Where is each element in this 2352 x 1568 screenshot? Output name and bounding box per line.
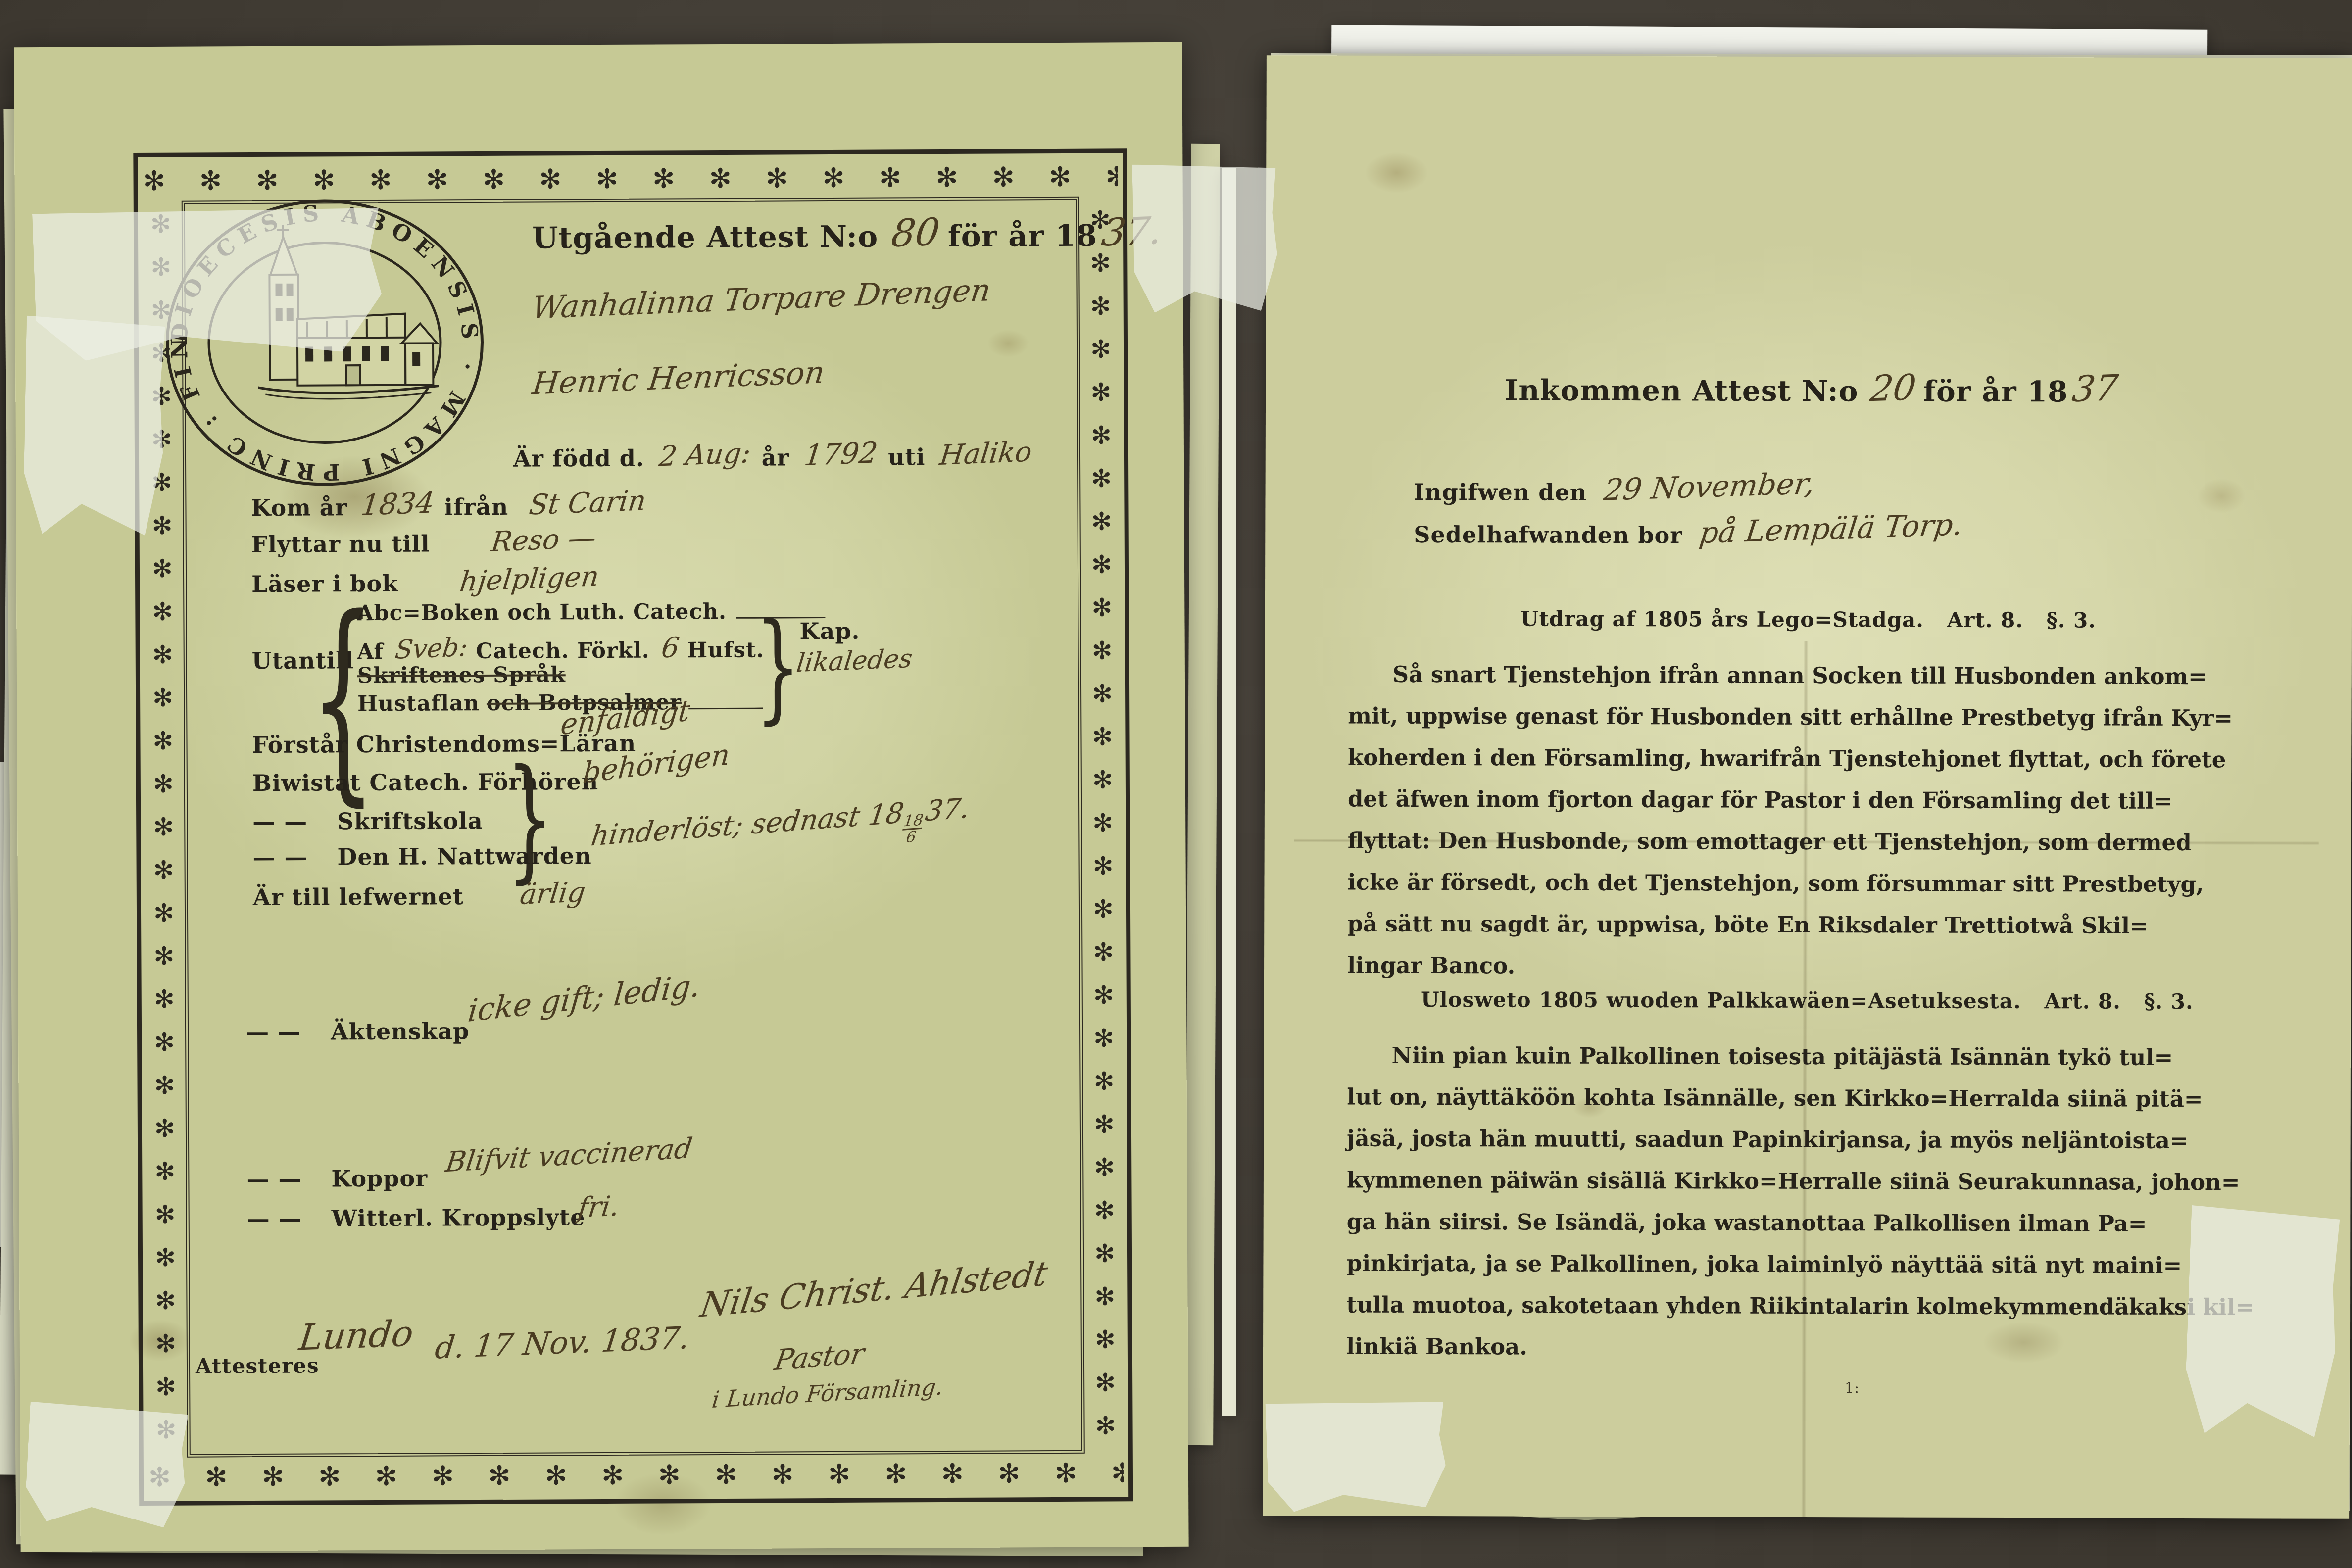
born-label3: uti [888, 443, 925, 470]
sedel-value: på Lempälä Torp. [1697, 507, 1964, 550]
archive-photo: ✻ ✻ ✻ ✻ ✻ ✻ ✻ ✻ ✻ ✻ ✻ ✻ ✻ ✻ ✻ ✻ ✻ ✻ ✻ ✻ … [0, 0, 2352, 1568]
skriftskola-label: Skriftskola [337, 807, 483, 834]
statute-heading-finnish: Ulosweto 1805 wuoden Palkkawäen=Asetukse… [1264, 987, 2351, 1014]
utantill-item2-hw2: 6 [660, 632, 681, 665]
born-place: Haliko [938, 436, 1034, 472]
utantill-item3: Skriftenes Språk [357, 662, 566, 688]
laser-row: Läser i bok hjelpligen [251, 565, 597, 599]
ingifwen-label: Ingifwen den [1414, 479, 1587, 506]
biwistat-brace: } [506, 740, 554, 896]
tape-patch [23, 316, 165, 536]
statute-paragraph-finnish: Niin pian kuin Palkollinen toisesta pitä… [1346, 1035, 2278, 1370]
statute-paragraph-swedish: Så snart Tjenstehjon ifrån annan Socken … [1347, 654, 2279, 989]
answer-line [688, 700, 763, 710]
nattward-row: — — Den H. Nattwarden [252, 842, 591, 871]
sedel-row: Sedelhafwanden bor på Lempälä Torp. [1414, 515, 1960, 551]
tape-patch [1265, 1398, 1447, 1513]
under-sheet [1222, 168, 1236, 1416]
ditto-dashes: — — [246, 1019, 301, 1045]
koppor-label: Koppor [331, 1165, 428, 1192]
right-title-prefix: Inkommen Attest N:o [1505, 373, 1859, 408]
kap-value: likaledes [795, 644, 914, 679]
ditto-dashes: — — [247, 1205, 302, 1232]
utantill-item2-hw1: Sveb: [393, 633, 470, 665]
border-ornament-bottom: ✻ ✻ ✻ ✻ ✻ ✻ ✻ ✻ ✻ ✻ ✻ ✻ ✻ ✻ ✻ ✻ ✻ ✻ ✻ ✻ … [148, 1451, 1124, 1499]
aktenskap-row: — — Äktenskap [246, 1018, 470, 1045]
right-title: Inkommen Attest N:o 20 för år 18 37 [1340, 367, 2280, 411]
kom-label1: Kom år [251, 494, 347, 521]
left-title-mid: för år 18 [948, 219, 1098, 254]
born-year: 1792 [802, 436, 880, 472]
left-title: Utgående Attest N:o 80 för år 18 37. [532, 210, 1159, 257]
utantill-item4-pre: Hustaflan [357, 691, 480, 716]
nattward-label: Den H. Nattwarden [337, 842, 591, 870]
right-title-number: 20 [1868, 366, 1918, 409]
right-title-mid: för år 18 [1923, 375, 2068, 409]
ingifwen-value: 29 November, [1602, 466, 1816, 508]
lefwernet-row: Är till lefwernet ärlig [253, 879, 584, 912]
utantill-item2-mid: Catech. Förkl. [476, 638, 650, 664]
tape-patch [1132, 162, 1278, 313]
tape-patch [24, 1402, 189, 1528]
born-row: Är född d. 2 Aug: år 1792 uti Haliko [513, 438, 1030, 474]
statute-heading-swedish: Utdrag af 1805 års Lego=Stadga. Art. 8. … [1265, 606, 2352, 633]
kroppslyte-label: Witterl. Kroppslyte [332, 1204, 586, 1231]
nattward-date-fraction: 186 [900, 812, 924, 846]
kroppslyte-row: — — Witterl. Kroppslyte [247, 1204, 586, 1232]
born-day: 2 Aug: [657, 437, 752, 473]
kroppslyte-value: fri. [576, 1190, 621, 1225]
aktenskap-label: Äktenskap [331, 1018, 469, 1045]
border-ornament-right: ✻ ✻ ✻ ✻ ✻ ✻ ✻ ✻ ✻ ✻ ✻ ✻ ✻ ✻ ✻ ✻ ✻ ✻ ✻ ✻ … [1078, 198, 1127, 1451]
nattward-value-post: 37. [923, 792, 972, 828]
utantill-item2-pre: Af [357, 639, 384, 664]
left-title-prefix: Utgående Attest N:o [532, 220, 878, 256]
footnote-mark: 1: [1845, 1379, 1859, 1397]
kom-row: Kom år 1834 ifrån St Carin [251, 488, 644, 523]
under-sheet [1184, 144, 1220, 1445]
flyttar-row: Flyttar nu till Reso — [251, 526, 594, 559]
lefwernet-value: ärlig [518, 876, 587, 911]
born-label2: år [761, 444, 789, 471]
laser-value: hjelpligen [458, 560, 601, 598]
attest-place: Lundo [297, 1312, 416, 1358]
utantill-item2-post: Hufst. [687, 638, 764, 663]
ingifwen-row: Ingifwen den 29 November, [1414, 473, 1812, 508]
lefwernet-label: Är till lefwernet [253, 883, 464, 911]
utantill-item1: Abc=Boken och Luth. Catech. [357, 599, 727, 626]
kom-place: St Carin [527, 485, 647, 522]
left-title-number: 80 [889, 209, 942, 255]
kom-year: 1834 [359, 486, 437, 522]
kap-brace: } [755, 597, 801, 735]
right-title-year: 37 [2070, 367, 2120, 410]
skriftskola-row: — — Skriftskola [252, 807, 483, 835]
utantill-item2-row: Af Sveb: Catech. Förkl. 6 Hufst. [357, 632, 764, 666]
ditto-dashes: — — [252, 808, 307, 835]
ditto-dashes: — — [252, 844, 307, 871]
kap-label: Kap. [799, 618, 860, 645]
sedel-label: Sedelhafwanden bor [1414, 521, 1682, 548]
tape-patch [2184, 1205, 2340, 1438]
born-label1: Är född d. [513, 445, 644, 472]
flyttar-label: Flyttar nu till [251, 531, 430, 558]
kom-label2: ifrån [444, 493, 508, 521]
utantill-item4-row: Hustaflan och Botpsalmer [357, 690, 763, 717]
flyttar-value: Reso — [490, 522, 598, 558]
koppor-row: — — Koppor [246, 1165, 428, 1193]
ditto-dashes: — — [246, 1166, 301, 1192]
